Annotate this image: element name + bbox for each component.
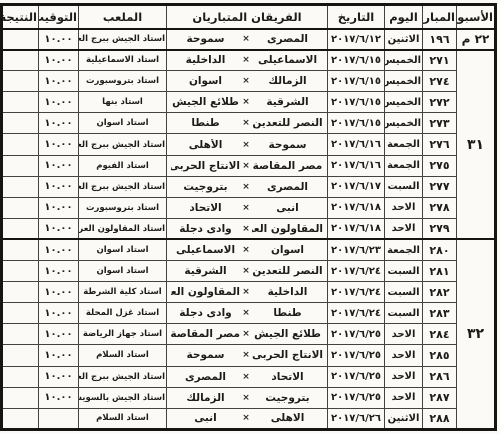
match-number-cell: ٢٧٥ xyxy=(423,155,457,176)
result-cell xyxy=(2,387,39,408)
kickoff-time-cell: ١٠.٠٠ xyxy=(39,134,79,155)
match-number-cell: ٢٧٧ xyxy=(423,176,457,197)
header-stadium: الملعب xyxy=(79,5,167,29)
date-cell: ٢٠١٧/٦/١٥ xyxy=(328,50,385,71)
away-team-name: طلائع الجيش xyxy=(171,96,240,108)
versus-symbol: × xyxy=(240,266,252,276)
versus-symbol: × xyxy=(240,224,252,234)
date-cell: ٢٠١٧/٦/٢٥ xyxy=(328,345,385,366)
result-cell xyxy=(2,29,39,50)
day-cell: الاحد xyxy=(385,387,423,408)
result-cell xyxy=(2,303,39,324)
kickoff-time-cell: ١٠.٠٠ xyxy=(39,197,79,218)
day-cell: الخميس xyxy=(385,50,423,71)
date-cell: ٢٠١٧/٦/١٥ xyxy=(328,113,385,134)
match-row: ٢٨٥الاحد٢٠١٧/٦/٢٥الانتاج الحربى×سموحةاست… xyxy=(2,345,496,366)
kickoff-time-cell: ١٠.٠٠ xyxy=(39,113,79,134)
result-cell xyxy=(2,324,39,345)
match-number-cell: ٢٧٣ xyxy=(423,113,457,134)
day-cell: الجمعة xyxy=(385,155,423,176)
date-cell: ٢٠١٧/٦/٢٥ xyxy=(328,324,385,345)
away-team-name: طنطا xyxy=(171,117,240,129)
away-team-name: بتروجيت xyxy=(171,181,240,193)
versus-symbol: × xyxy=(240,308,252,318)
stadium-cell: استاد غزل المحلة xyxy=(79,303,167,324)
kickoff-time-cell: ١٠.٠٠ xyxy=(39,324,79,345)
date-cell: ٢٠١٧/٦/١٥ xyxy=(328,71,385,92)
day-cell: الخميس xyxy=(385,113,423,134)
date-cell: ٢٠١٧/٦/٢٣ xyxy=(328,239,385,260)
header-day: اليوم xyxy=(385,5,423,29)
date-cell: ٢٠١٧/٦/١٥ xyxy=(328,92,385,113)
away-team-name: الأهلى xyxy=(171,139,240,151)
match-row: ٢٨٧الاحد٢٠١٧/٦/٢٥بتروجيت×الزمالكاستاد ال… xyxy=(2,387,496,408)
away-team-name: وادى دجلة xyxy=(171,307,240,319)
match-number-cell: ٢٨٠ xyxy=(423,239,457,260)
teams-pair: اسوان×الاسماعيلى xyxy=(171,244,323,256)
day-cell: السبت xyxy=(385,303,423,324)
stadium-cell: استاد اسوان xyxy=(79,113,167,134)
result-cell xyxy=(2,197,39,218)
match-number-cell: ٢٨٣ xyxy=(423,303,457,324)
kickoff-time-cell: ١٠.٠٠ xyxy=(39,303,79,324)
teams-pair: الشرقية×طلائع الجيش xyxy=(171,96,323,108)
result-cell xyxy=(2,239,39,260)
match-row: ٣٢٢٨٠الجمعة٢٠١٧/٦/٢٣اسوان×الاسماعيلىاستا… xyxy=(2,239,496,260)
away-team-name: الاتحاد xyxy=(171,202,240,214)
match-number-cell: ٢٧٨ xyxy=(423,197,457,218)
teams-cell: اسوان×الاسماعيلى xyxy=(167,239,328,260)
teams-cell: الاسماعيلى×الداخلية xyxy=(167,50,328,71)
teams-pair: الزمالك×اسوان xyxy=(171,75,323,87)
home-team-name: النصر للتعدين xyxy=(252,117,323,129)
teams-pair: الاتحاد×المصرى xyxy=(171,371,323,383)
away-team-name: اسوان xyxy=(171,75,240,87)
teams-pair: المصرى×بتروجيت xyxy=(171,181,323,193)
match-row: ٢٧٥الجمعة٢٠١٧/٦/١٦مصر المقاصة×الانتاج ال… xyxy=(2,155,496,176)
teams-cell: مصر المقاصة×الانتاج الحربى xyxy=(167,155,328,176)
stadium-cell: استاد جهاز الرياضة xyxy=(79,324,167,345)
date-cell: ٢٠١٧/٦/١٦ xyxy=(328,134,385,155)
teams-cell: طلائع الجيش×مصر المقاصة xyxy=(167,324,328,345)
day-cell: الاحد xyxy=(385,324,423,345)
away-team-name: الاسماعيلى xyxy=(171,244,240,256)
home-team-name: الداخلية xyxy=(252,286,323,298)
match-number-cell: ٢٧١ xyxy=(423,50,457,71)
result-cell xyxy=(2,218,39,239)
kickoff-time-cell: ١٠.٠٠ xyxy=(39,239,79,260)
match-row: ٢٨٢السبت٢٠١٧/٦/٢٤الداخلية×المقاولون العر… xyxy=(2,282,496,303)
date-cell: ٢٠١٧/٦/٢٥ xyxy=(328,387,385,408)
home-team-name: طلائع الجيش xyxy=(252,328,323,340)
teams-pair: مصر المقاصة×الانتاج الحربى xyxy=(171,160,323,172)
versus-symbol: × xyxy=(240,161,252,171)
stadium-cell: استاد الاسماعيلية xyxy=(79,50,167,71)
stadium-cell: استاد بتروسبورت xyxy=(79,197,167,218)
stadium-cell: استاد بتروسبورت xyxy=(79,71,167,92)
stadium-cell: استاد الجيش ببرج العرب xyxy=(79,29,167,50)
day-cell: الاحد xyxy=(385,218,423,239)
home-team-name: الانتاج الحربى xyxy=(252,349,323,361)
home-team-name: النصر للتعدين xyxy=(252,265,323,277)
stadium-cell: استاد السلام xyxy=(79,408,167,429)
teams-cell: الداخلية×المقاولون العرب xyxy=(167,282,328,303)
home-team-name: المقاولون العرب xyxy=(252,223,323,235)
match-row: ٢٨٨الاثنين٢٠١٧/٦/٢٦الاهلى×انبىاستاد السل… xyxy=(2,408,496,429)
away-team-name: وادى دجلة xyxy=(171,223,240,235)
versus-symbol: × xyxy=(240,350,252,360)
teams-pair: النصر للتعدين×طنطا xyxy=(171,117,323,129)
home-team-name: المصرى xyxy=(252,33,323,45)
date-cell: ٢٠١٧/٦/١٢ xyxy=(328,29,385,50)
versus-symbol: × xyxy=(240,329,252,339)
teams-cell: سموحة×الأهلى xyxy=(167,134,328,155)
match-number-cell: ٢٨٤ xyxy=(423,324,457,345)
versus-symbol: × xyxy=(240,393,252,403)
stadium-cell: استاد كلية الشرطة xyxy=(79,282,167,303)
away-team-name: المقاولون العرب xyxy=(171,286,240,298)
result-cell xyxy=(2,71,39,92)
away-team-name: مصر المقاصة xyxy=(171,328,240,340)
week-number-cell: ٣١ xyxy=(457,50,496,240)
header-result: النتيجة xyxy=(2,5,39,29)
match-number-cell: ٢٨٦ xyxy=(423,366,457,387)
header-week: الأسبوع xyxy=(457,5,496,29)
teams-cell: بتروجيت×الزمالك xyxy=(167,387,328,408)
teams-cell: النصر للتعدين×الشرقية xyxy=(167,261,328,282)
kickoff-time-cell: ١٠.٠٠ xyxy=(39,345,79,366)
date-cell: ٢٠١٧/٦/٢٦ xyxy=(328,408,385,429)
home-team-name: المصرى xyxy=(252,181,323,193)
teams-pair: طلائع الجيش×مصر المقاصة xyxy=(171,328,323,340)
home-team-name: الزمالك xyxy=(252,75,323,87)
home-team-name: الاسماعيلى xyxy=(252,54,323,66)
stadium-cell: استاد المقاولون العرب xyxy=(79,218,167,239)
match-number-cell: ٢٨٥ xyxy=(423,345,457,366)
header-teams: الفريقان المتباريان xyxy=(167,5,328,29)
match-row: ٢٨٤الاحد٢٠١٧/٦/٢٥طلائع الجيش×مصر المقاصة… xyxy=(2,324,496,345)
date-cell: ٢٠١٧/٦/١٨ xyxy=(328,197,385,218)
stadium-cell: استاد الجيش بالسويس xyxy=(79,387,167,408)
match-row: ٢٧٤الخميس٢٠١٧/٦/١٥الزمالك×اسواناستاد بتر… xyxy=(2,71,496,92)
versus-symbol: × xyxy=(240,203,252,213)
teams-cell: الاهلى×انبى xyxy=(167,408,328,429)
kickoff-time-cell: ١٠.٠٠ xyxy=(39,261,79,282)
result-cell xyxy=(2,50,39,71)
result-cell xyxy=(2,92,39,113)
home-team-name: انبى xyxy=(252,202,323,214)
versus-symbol: × xyxy=(240,182,252,192)
match-row: ٢٧٨الاحد٢٠١٧/٦/١٨انبى×الاتحاداستاد بتروس… xyxy=(2,197,496,218)
result-cell xyxy=(2,155,39,176)
away-team-name: سموحة xyxy=(171,349,240,361)
home-team-name: طنطا xyxy=(252,307,323,319)
teams-pair: انبى×الاتحاد xyxy=(171,202,323,214)
kickoff-time-cell xyxy=(39,408,79,429)
day-cell: الجمعة xyxy=(385,239,423,260)
teams-pair: النصر للتعدين×الشرقية xyxy=(171,265,323,277)
match-row: ٢٧٣الخميس٢٠١٧/٦/١٥النصر للتعدين×طنطااستا… xyxy=(2,113,496,134)
match-schedule-table: الأسبوع المباراة اليوم التاريخ الفريقان … xyxy=(0,3,497,431)
stadium-cell: استاد الجيش ببرج العرب xyxy=(79,176,167,197)
header-match: المباراة xyxy=(423,5,457,29)
date-cell: ٢٠١٧/٦/٢٤ xyxy=(328,303,385,324)
date-cell: ٢٠١٧/٦/١٧ xyxy=(328,176,385,197)
date-cell: ٢٠١٧/٦/١٦ xyxy=(328,155,385,176)
week-number-cell: ٣٢ xyxy=(457,239,496,429)
home-team-name: اسوان xyxy=(252,244,323,256)
versus-symbol: × xyxy=(240,76,252,86)
teams-pair: طنطا×وادى دجلة xyxy=(171,307,323,319)
day-cell: الجمعة xyxy=(385,134,423,155)
match-row: ٢٨٦الاحد٢٠١٧/٦/٢٥الاتحاد×المصرىاستاد الج… xyxy=(2,366,496,387)
match-number-cell: ٢٧٤ xyxy=(423,71,457,92)
teams-cell: الشرقية×طلائع الجيش xyxy=(167,92,328,113)
result-cell xyxy=(2,134,39,155)
away-team-name: انبى xyxy=(171,412,240,424)
schedule-table-body: ٢٢ م١٩٦الاثنين٢٠١٧/٦/١٢المصرى×سموحةاستاد… xyxy=(2,29,496,430)
kickoff-time-cell: ١٠.٠٠ xyxy=(39,387,79,408)
day-cell: السبت xyxy=(385,176,423,197)
teams-pair: المقاولون العرب×وادى دجلة xyxy=(171,223,323,235)
stadium-cell: استاد الجيش ببرج العرب xyxy=(79,366,167,387)
header-date: التاريخ xyxy=(328,5,385,29)
teams-pair: سموحة×الأهلى xyxy=(171,139,323,151)
versus-symbol: × xyxy=(240,55,252,65)
result-cell xyxy=(2,282,39,303)
day-cell: السبت xyxy=(385,261,423,282)
result-cell xyxy=(2,261,39,282)
date-cell: ٢٠١٧/٦/٢٤ xyxy=(328,261,385,282)
versus-symbol: × xyxy=(240,372,252,382)
away-team-name: الشرقية xyxy=(171,265,240,277)
kickoff-time-cell: ١٠.٠٠ xyxy=(39,218,79,239)
home-team-name: سموحة xyxy=(252,139,323,151)
teams-pair: الانتاج الحربى×سموحة xyxy=(171,349,323,361)
teams-cell: المصرى×بتروجيت xyxy=(167,176,328,197)
stadium-cell: استاد الفيوم xyxy=(79,155,167,176)
teams-pair: الاسماعيلى×الداخلية xyxy=(171,54,323,66)
match-number-cell: ٢٨٢ xyxy=(423,282,457,303)
match-number-cell: ٢٧٢ xyxy=(423,92,457,113)
match-row: ٢٧٢الخميس٢٠١٧/٦/١٥الشرقية×طلائع الجيشاست… xyxy=(2,92,496,113)
kickoff-time-cell: ١٠.٠٠ xyxy=(39,366,79,387)
scanned-schedule-page: الأسبوع المباراة اليوم التاريخ الفريقان … xyxy=(0,0,500,434)
kickoff-time-cell: ١٠.٠٠ xyxy=(39,50,79,71)
match-row: ٢٢ م١٩٦الاثنين٢٠١٧/٦/١٢المصرى×سموحةاستاد… xyxy=(2,29,496,50)
result-cell xyxy=(2,113,39,134)
stadium-cell: استاد الجيش ببرج العرب xyxy=(79,134,167,155)
header-row: الأسبوع المباراة اليوم التاريخ الفريقان … xyxy=(2,5,496,29)
stadium-cell: استاد اسوان xyxy=(79,239,167,260)
match-number-cell: ٢٨٧ xyxy=(423,387,457,408)
teams-cell: المقاولون العرب×وادى دجلة xyxy=(167,218,328,239)
result-cell xyxy=(2,408,39,429)
match-row: ٢٨١السبت٢٠١٧/٦/٢٤النصر للتعدين×الشرقيةاس… xyxy=(2,261,496,282)
stadium-cell: استاد بنها xyxy=(79,92,167,113)
day-cell: الاثنين xyxy=(385,408,423,429)
day-cell: الاحد xyxy=(385,345,423,366)
match-row: ٢٧٧السبت٢٠١٧/٦/١٧المصرى×بتروجيتاستاد الج… xyxy=(2,176,496,197)
versus-symbol: × xyxy=(240,245,252,255)
home-team-name: مصر المقاصة xyxy=(252,160,323,172)
date-cell: ٢٠١٧/٦/٢٥ xyxy=(328,366,385,387)
kickoff-time-cell: ١٠.٠٠ xyxy=(39,282,79,303)
stadium-cell: استاد السلام xyxy=(79,345,167,366)
match-number-cell: ٢٧٦ xyxy=(423,134,457,155)
kickoff-time-cell: ١٠.٠٠ xyxy=(39,71,79,92)
kickoff-time-cell: ١٠.٠٠ xyxy=(39,155,79,176)
home-team-name: الاهلى xyxy=(252,412,323,424)
teams-cell: الانتاج الحربى×سموحة xyxy=(167,345,328,366)
match-row: ٢٧٩الاحد٢٠١٧/٦/١٨المقاولون العرب×وادى دج… xyxy=(2,218,496,239)
away-team-name: سموحة xyxy=(171,33,240,45)
date-cell: ٢٠١٧/٦/٢٤ xyxy=(328,282,385,303)
result-cell xyxy=(2,345,39,366)
versus-symbol: × xyxy=(240,140,252,150)
home-team-name: الاتحاد xyxy=(252,371,323,383)
teams-pair: بتروجيت×الزمالك xyxy=(171,392,323,404)
versus-symbol: × xyxy=(240,34,252,44)
match-number-cell: ١٩٦ xyxy=(423,29,457,50)
stadium-cell: استاد اسوان xyxy=(79,261,167,282)
versus-symbol: × xyxy=(240,97,252,107)
teams-cell: طنطا×وادى دجلة xyxy=(167,303,328,324)
home-team-name: بتروجيت xyxy=(252,392,323,404)
versus-symbol: × xyxy=(240,287,252,297)
day-cell: الخميس xyxy=(385,92,423,113)
week-number-cell: ٢٢ م xyxy=(457,29,496,50)
kickoff-time-cell: ١٠.٠٠ xyxy=(39,92,79,113)
teams-pair: الداخلية×المقاولون العرب xyxy=(171,286,323,298)
match-number-cell: ٢٨٨ xyxy=(423,408,457,429)
match-row: ٢٨٣السبت٢٠١٧/٦/٢٤طنطا×وادى دجلةاستاد غزل… xyxy=(2,303,496,324)
result-cell xyxy=(2,176,39,197)
day-cell: السبت xyxy=(385,282,423,303)
away-team-name: الانتاج الحربى xyxy=(171,160,240,172)
result-cell xyxy=(2,366,39,387)
match-number-cell: ٢٨١ xyxy=(423,261,457,282)
match-row: ٢٧٦الجمعة٢٠١٧/٦/١٦سموحة×الأهلىاستاد الجي… xyxy=(2,134,496,155)
day-cell: الاثنين xyxy=(385,29,423,50)
versus-symbol: × xyxy=(240,118,252,128)
home-team-name: الشرقية xyxy=(252,96,323,108)
away-team-name: الزمالك xyxy=(171,392,240,404)
teams-cell: انبى×الاتحاد xyxy=(167,197,328,218)
match-row: ٣١٢٧١الخميس٢٠١٧/٦/١٥الاسماعيلى×الداخليةا… xyxy=(2,50,496,71)
away-team-name: المصرى xyxy=(171,371,240,383)
date-cell: ٢٠١٧/٦/١٨ xyxy=(328,218,385,239)
teams-cell: النصر للتعدين×طنطا xyxy=(167,113,328,134)
versus-symbol: × xyxy=(240,413,252,423)
header-time: التوقيت xyxy=(39,5,79,29)
day-cell: الاحد xyxy=(385,366,423,387)
kickoff-time-cell: ١٠.٠٠ xyxy=(39,176,79,197)
teams-cell: الزمالك×اسوان xyxy=(167,71,328,92)
teams-cell: المصرى×سموحة xyxy=(167,29,328,50)
away-team-name: الداخلية xyxy=(171,54,240,66)
teams-cell: الاتحاد×المصرى xyxy=(167,366,328,387)
teams-pair: الاهلى×انبى xyxy=(171,412,323,424)
day-cell: الاحد xyxy=(385,197,423,218)
teams-pair: المصرى×سموحة xyxy=(171,33,323,45)
match-number-cell: ٢٧٩ xyxy=(423,218,457,239)
day-cell: الخميس xyxy=(385,71,423,92)
kickoff-time-cell: ١٠.٠٠ xyxy=(39,29,79,50)
